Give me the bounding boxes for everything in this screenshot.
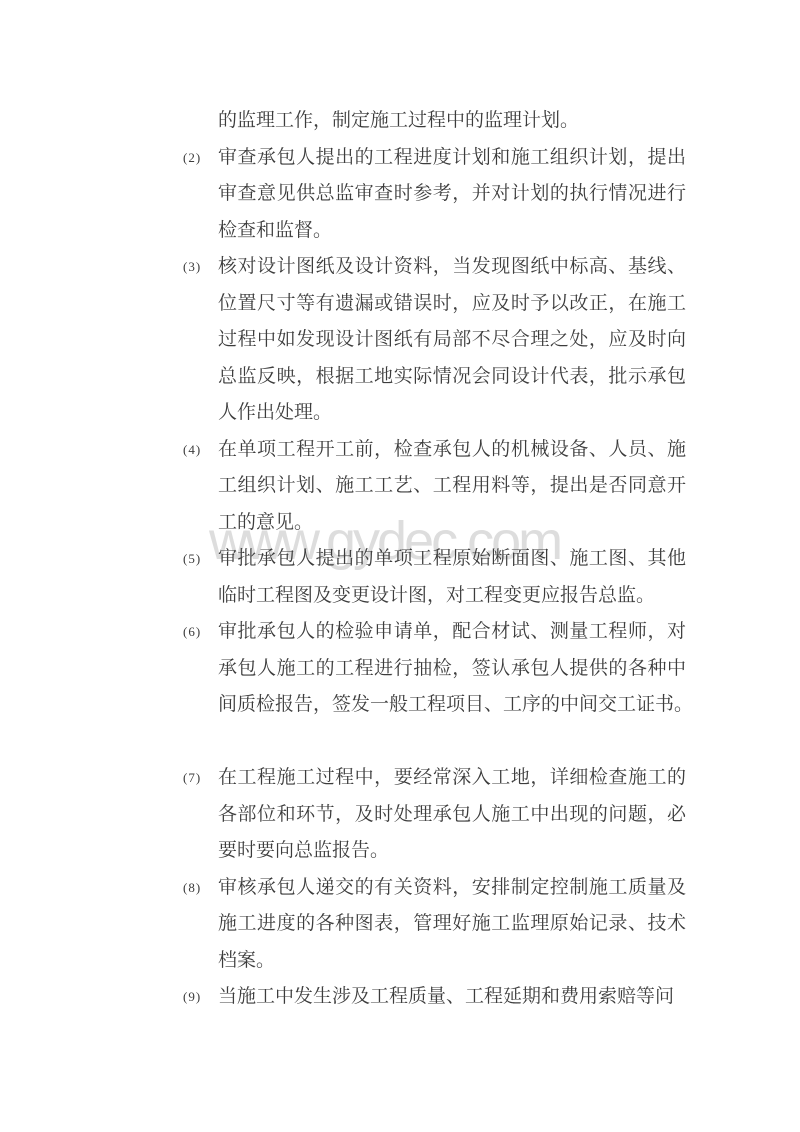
document-page: www.gydec.com 的监理工作，制定施工过程中的监理计划。(2)审查承包…	[0, 0, 800, 1132]
text-line: 审批承包人提出的单项工程原始断面图、施工图、其他	[218, 541, 686, 578]
list-item: (6)审批承包人的检验申请单，配合材试、测量工程师，对承包人施工的工程进行抽检，…	[183, 614, 688, 724]
item-text: 的监理工作，制定施工过程中的监理计划。	[218, 103, 686, 140]
item-text: 审批承包人提出的单项工程原始断面图、施工图、其他临时工程图及变更设计图，对工程变…	[218, 541, 686, 614]
item-number: (3)	[183, 249, 218, 286]
item-text: 当施工中发生涉及工程质量、工程延期和费用索赔等问	[218, 979, 686, 1016]
item-number: (6)	[183, 614, 218, 651]
text-line: 过程中如发现设计图纸有局部不尽合理之处，应及时向	[218, 322, 686, 359]
item-number: (2)	[183, 140, 218, 177]
item-text: 审查承包人提出的工程进度计划和施工组织计划，提出审查意见供总监审查时参考，并对计…	[218, 140, 686, 250]
text-line: 档案。	[218, 943, 686, 980]
list-item: (8)审核承包人递交的有关资料，安排制定控制施工质量及施工进度的各种图表，管理好…	[183, 870, 688, 980]
item-text: 核对设计图纸及设计资料，当发现图纸中标高、基线、位置尺寸等有遗漏或错误时，应及时…	[218, 249, 686, 432]
text-line: 工的意见。	[218, 505, 686, 542]
text-line: 临时工程图及变更设计图，对工程变更应报告总监。	[218, 578, 686, 615]
list-item: (3)核对设计图纸及设计资料，当发现图纸中标高、基线、位置尺寸等有遗漏或错误时，…	[183, 249, 688, 432]
list-item: (7)在工程施工过程中，要经常深入工地，详细检查施工的各部位和环节，及时处理承包…	[183, 760, 688, 870]
text-line: 审批承包人的检验申请单，配合材试、测量工程师，对	[218, 614, 686, 651]
numbered-list: 的监理工作，制定施工过程中的监理计划。(2)审查承包人提出的工程进度计划和施工组…	[183, 103, 688, 1016]
item-number: (9)	[183, 979, 218, 1016]
text-line: 的监理工作，制定施工过程中的监理计划。	[218, 103, 686, 140]
text-line: 在单项工程开工前，检查承包人的机械设备、人员、施	[218, 432, 686, 469]
list-item: (5)审批承包人提出的单项工程原始断面图、施工图、其他临时工程图及变更设计图，对…	[183, 541, 688, 614]
item-number: (7)	[183, 760, 218, 797]
list-item: (2)审查承包人提出的工程进度计划和施工组织计划，提出审查意见供总监审查时参考，…	[183, 140, 688, 250]
text-line: 检查和监督。	[218, 213, 686, 250]
text-line: 在工程施工过程中，要经常深入工地，详细检查施工的	[218, 760, 686, 797]
list-item: (4)在单项工程开工前，检查承包人的机械设备、人员、施工组织计划、施工工艺、工程…	[183, 432, 688, 542]
text-line: 施工进度的各种图表，管理好施工监理原始记录、技术	[218, 906, 686, 943]
item-text: 在单项工程开工前，检查承包人的机械设备、人员、施工组织计划、施工工艺、工程用料等…	[218, 432, 686, 542]
item-number: (5)	[183, 541, 218, 578]
text-line: 位置尺寸等有遗漏或错误时，应及时予以改正，在施工	[218, 286, 686, 323]
item-text: 在工程施工过程中，要经常深入工地，详细检查施工的各部位和环节，及时处理承包人施工…	[218, 760, 686, 870]
item-text: 审批承包人的检验申请单，配合材试、测量工程师，对承包人施工的工程进行抽检，签认承…	[218, 614, 686, 724]
text-line: 工组织计划、施工工艺、工程用料等，提出是否同意开	[218, 468, 686, 505]
text-line: 总监反映，根据工地实际情况会同设计代表，批示承包	[218, 359, 686, 396]
text-line: 审查意见供总监审查时参考，并对计划的执行情况进行	[218, 176, 686, 213]
text-line: 各部位和环节，及时处理承包人施工中出现的问题，必	[218, 797, 686, 834]
list-item: 的监理工作，制定施工过程中的监理计划。	[183, 103, 688, 140]
text-line: 要时要向总监报告。	[218, 833, 686, 870]
text-line: 审核承包人递交的有关资料，安排制定控制施工质量及	[218, 870, 686, 907]
text-line: 核对设计图纸及设计资料，当发现图纸中标高、基线、	[218, 249, 686, 286]
item-text: 审核承包人递交的有关资料，安排制定控制施工质量及施工进度的各种图表，管理好施工监…	[218, 870, 686, 980]
item-number: (4)	[183, 432, 218, 469]
text-line: 人作出处理。	[218, 395, 686, 432]
text-line: 审查承包人提出的工程进度计划和施工组织计划，提出	[218, 140, 686, 177]
text-line: 间质检报告，签发一般工程项目、工序的中间交工证书。	[218, 687, 686, 724]
text-line: 承包人施工的工程进行抽检，签认承包人提供的各种中	[218, 651, 686, 688]
item-number: (8)	[183, 870, 218, 907]
text-line: 当施工中发生涉及工程质量、工程延期和费用索赔等问	[218, 979, 686, 1016]
list-item: (9)当施工中发生涉及工程质量、工程延期和费用索赔等问	[183, 979, 688, 1016]
